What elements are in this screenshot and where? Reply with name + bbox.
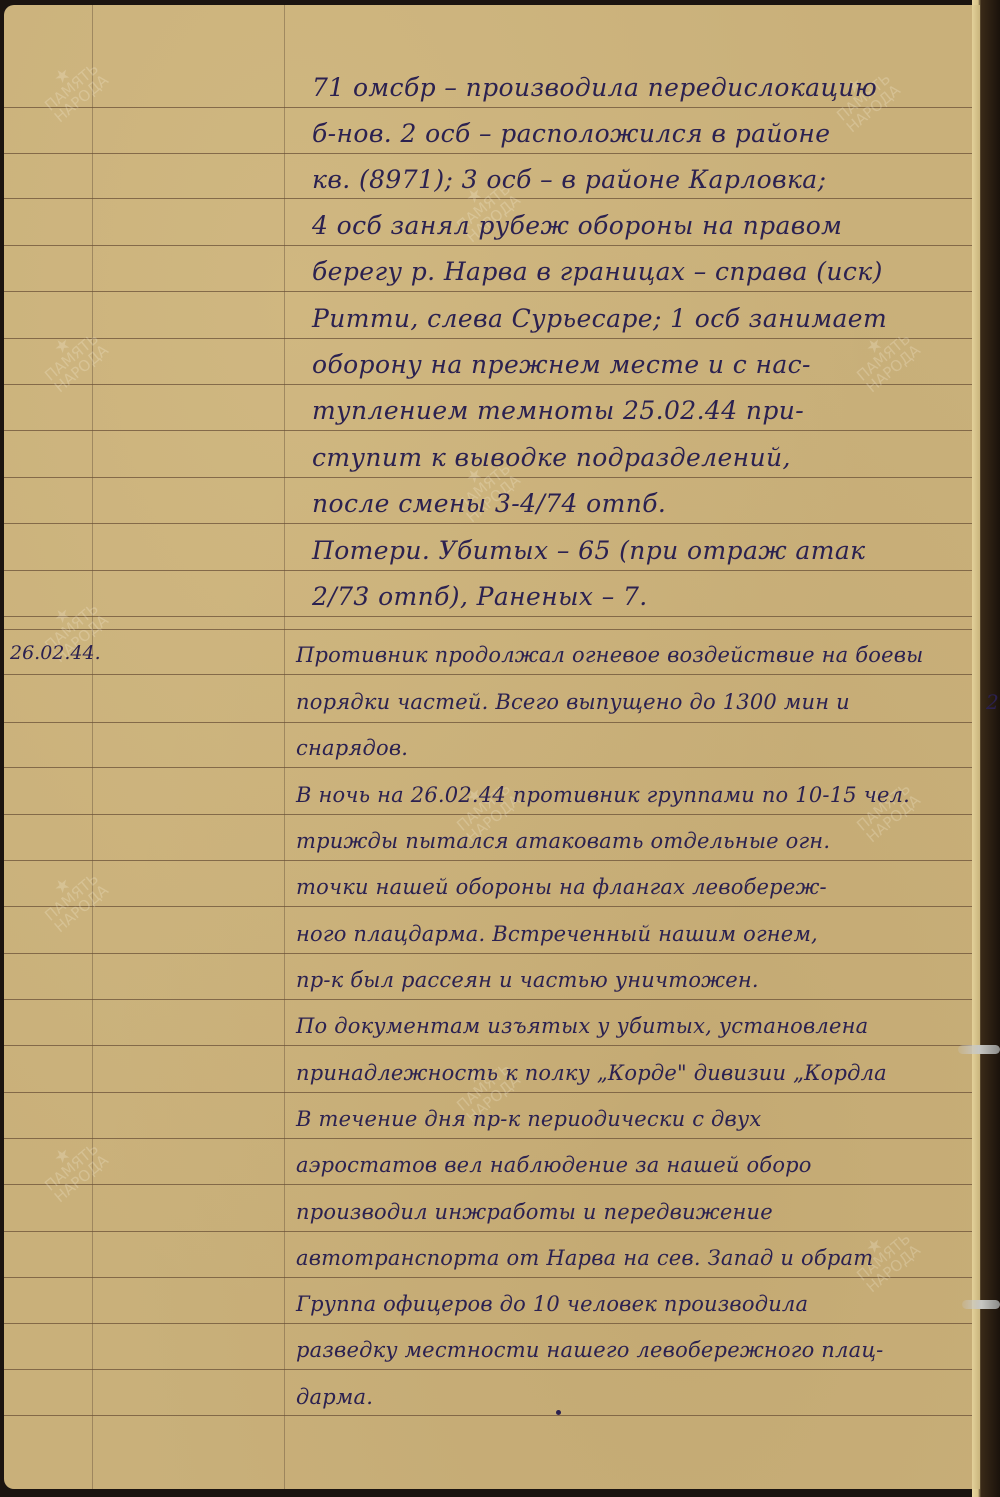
margin-column-rule — [92, 5, 93, 1489]
document-page: ★ПАМЯТЬНАРОДА ★ПАМЯТЬНАРОДА ★ПАМЯТЬНАРОД… — [4, 5, 972, 1489]
text-line: 4 осб занял рубеж обороны на правом — [312, 206, 972, 252]
text-line: Ритти, слева Сурьесаре; 1 осб занимает — [312, 299, 972, 345]
ink-dot — [556, 1410, 561, 1415]
text-line: ного плацдарма. Встреченный нашим огнем, — [296, 914, 972, 960]
page-edge — [972, 5, 980, 1489]
text-line: Группа офицеров до 10 человек производил… — [296, 1284, 972, 1330]
text-line: после смены 3-4/74 отпб. — [312, 484, 972, 530]
text-line: По документам изъятых у убитых, установл… — [296, 1006, 972, 1052]
text-line: 2/73 отпб), Раненых – 7. — [312, 577, 972, 623]
text-line: дарма. — [296, 1377, 972, 1423]
text-line: порядки частей. Всего выпущено до 1300 м… — [296, 682, 972, 728]
text-column-rule — [284, 5, 285, 1489]
text-line: В течение дня пр-к периодически с двух — [296, 1099, 972, 1145]
text-line: кв. (8971); 3 осб – в районе Карловка; — [312, 160, 972, 206]
binding-thread — [958, 1045, 1000, 1054]
entry-date: 26.02.44. — [10, 633, 101, 673]
text-line: аэростатов вел наблюдение за нашей оборо — [296, 1145, 972, 1191]
text-line: принадлежность к полку „Корде" дивизии „… — [296, 1053, 972, 1099]
text-line: производил инжработы и передвижение — [296, 1192, 972, 1238]
ruled-line — [4, 629, 972, 630]
text-line: ступит к выводке подразделений, — [312, 438, 972, 484]
text-line: разведку местности нашего левобережного … — [296, 1330, 972, 1376]
margin-note: 2 — [986, 690, 999, 714]
watermark: ★ПАМЯТЬНАРОДА — [12, 842, 133, 954]
text-line: оборону на прежнем месте и с нас- — [312, 345, 972, 391]
text-line: туплением темноты 25.02.44 при- — [312, 391, 972, 437]
binding-thread — [962, 1300, 1000, 1309]
text-line: снарядов. — [296, 728, 972, 774]
text-line: Противник продолжал огневое воздействие … — [296, 635, 972, 681]
text-line: Потери. Убитых – 65 (при отраж атак — [312, 531, 972, 577]
text-line: В ночь на 26.02.44 противник группами по… — [296, 775, 972, 821]
text-line: 71 омсбр – производила передислокацию — [312, 68, 972, 114]
text-line: берегу р. Нарва в границах – справа (иск… — [312, 252, 972, 298]
watermark: ★ПАМЯТЬНАРОДА — [12, 32, 133, 144]
text-line: трижды пытался атаковать отдельные огн. — [296, 821, 972, 867]
text-line: пр-к был рассеян и частью уничтожен. — [296, 960, 972, 1006]
text-line: точки нашей обороны на флангах левобереж… — [296, 867, 972, 913]
watermark: ★ПАМЯТЬНАРОДА — [12, 1112, 133, 1224]
text-line: б-нов. 2 осб – расположился в районе — [312, 114, 972, 160]
text-line: автотранспорта от Нарва на сев. Запад и … — [296, 1238, 972, 1284]
watermark: ★ПАМЯТЬНАРОДА — [12, 302, 133, 414]
